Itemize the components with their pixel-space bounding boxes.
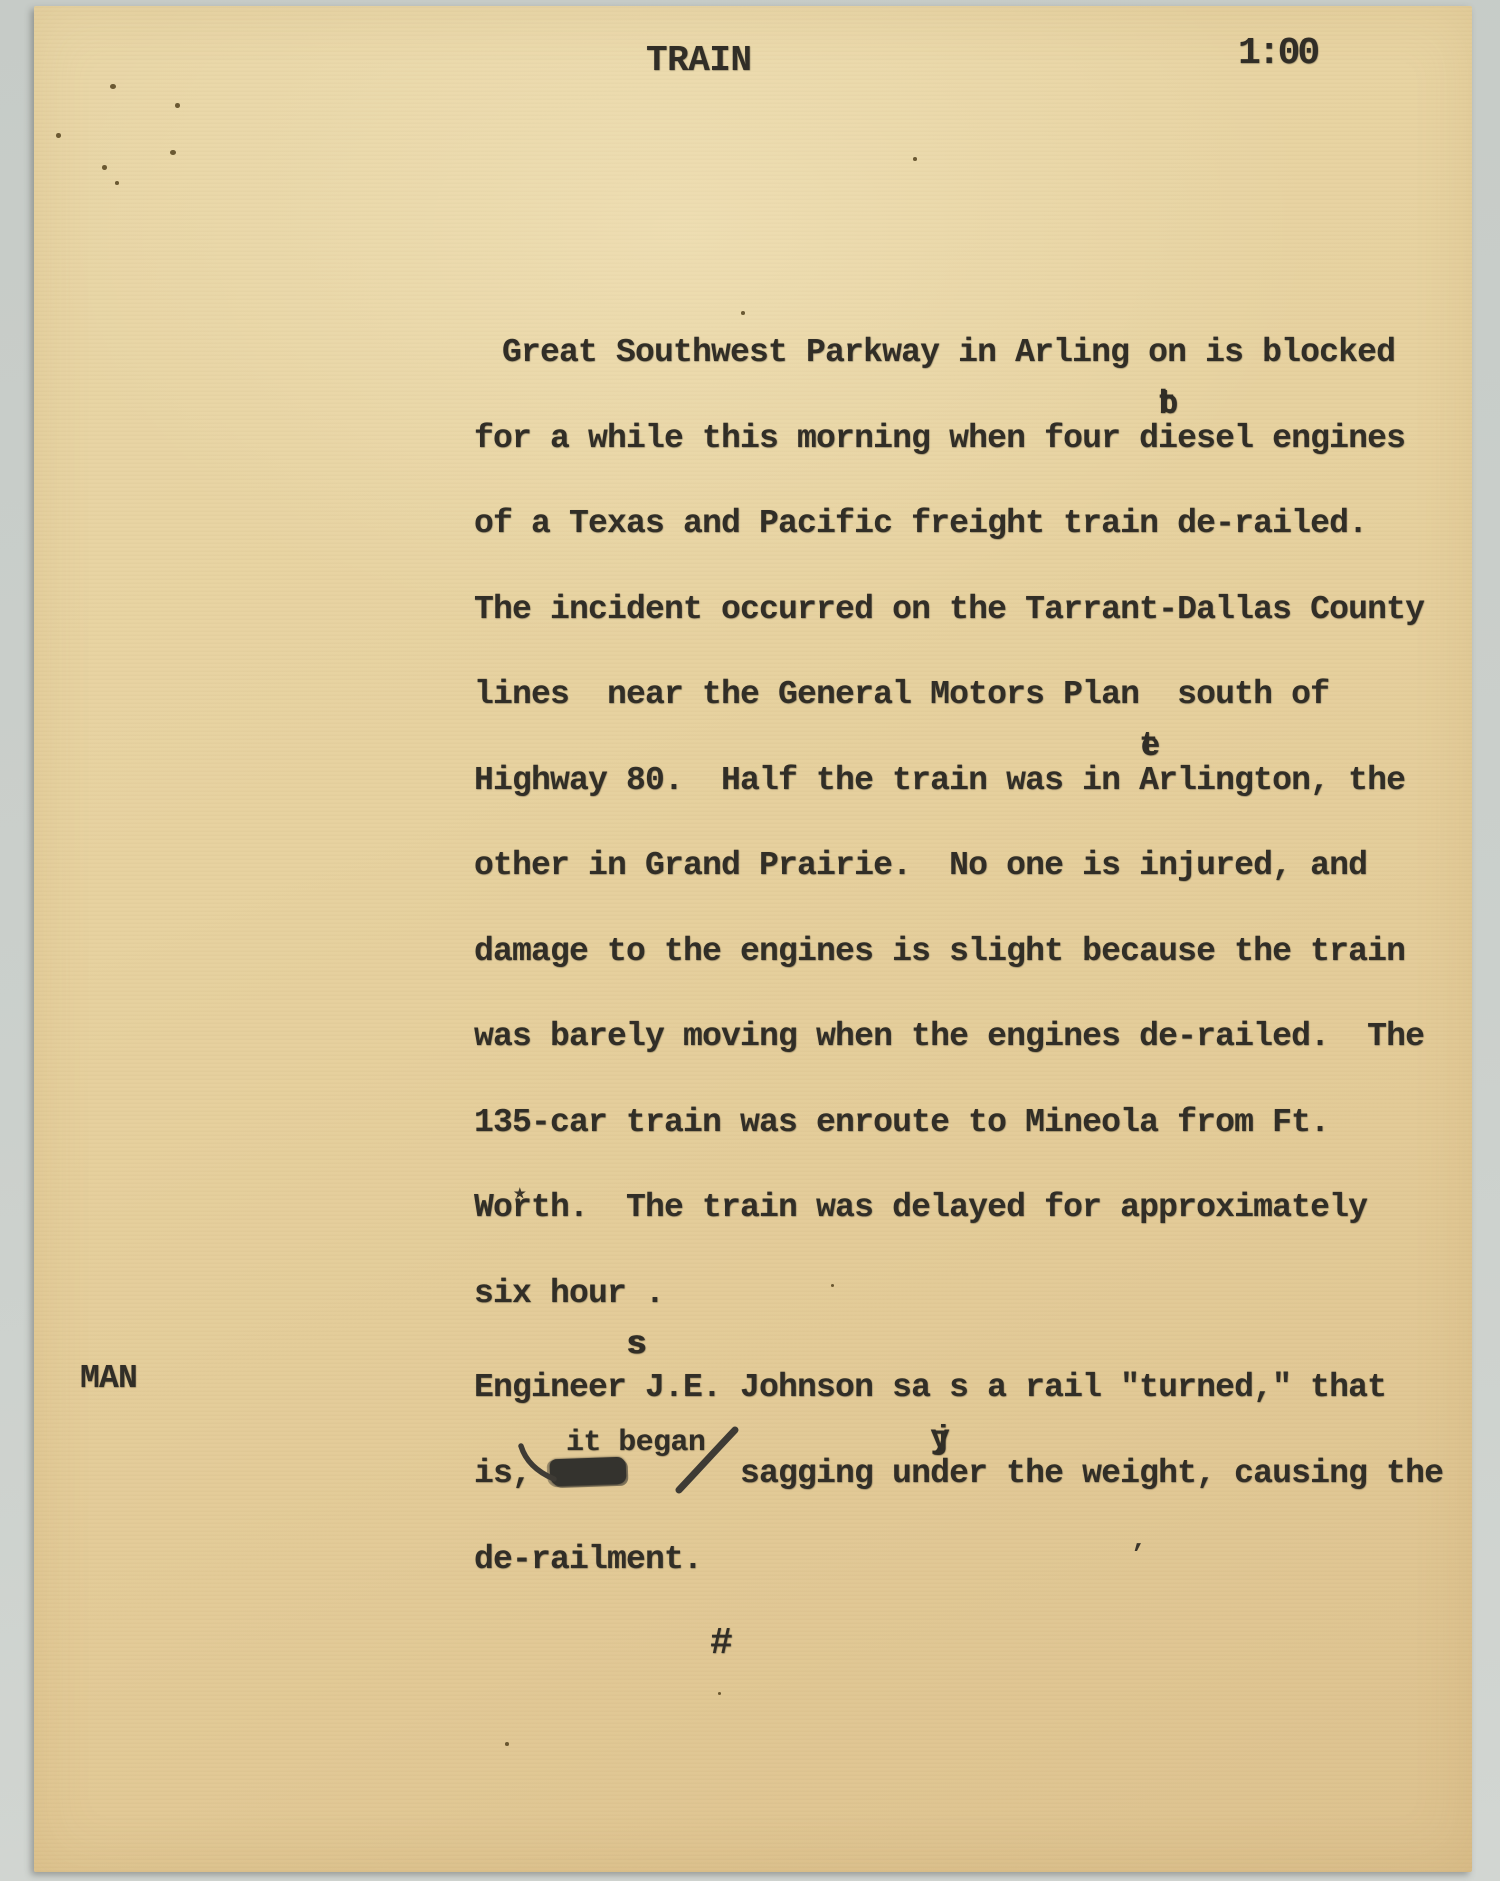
paper-speck bbox=[175, 103, 180, 108]
typed-line: was barely moving when the engines de-ra… bbox=[474, 994, 1484, 1080]
speaker-label: MAN bbox=[80, 1360, 137, 1397]
typed-line: of a Texas and Pacific freight train de-… bbox=[474, 481, 1484, 567]
end-mark: # bbox=[710, 1622, 733, 1665]
typed-line: 135-car train was enroute to Mineola fro… bbox=[474, 1080, 1484, 1166]
paper-speck bbox=[741, 311, 745, 315]
typed-insertion: it began bbox=[566, 1426, 705, 1460]
scanned-script-page: { "colors": { "background_gray": "#cbd0c… bbox=[0, 0, 1500, 1881]
typed-line: lines near the General Motors Plante sou… bbox=[474, 652, 1484, 738]
paper-speck bbox=[831, 1284, 834, 1287]
paper-speck bbox=[718, 1692, 721, 1695]
redaction-blob bbox=[550, 1457, 627, 1487]
typed-line: for a while this morning when four diese… bbox=[474, 396, 1484, 482]
timing-label: 1:00 bbox=[1238, 32, 1317, 75]
typed-line: Great Southwest Parkway in Arlingtbon is… bbox=[474, 310, 1484, 396]
paper-speck bbox=[913, 157, 917, 161]
script-paragraph: Great Southwest Parkway in Arlingtbon is… bbox=[474, 310, 1484, 1336]
typed-line: Highway 80. Half the train was in Arling… bbox=[474, 738, 1484, 824]
typed-line: The incident occurred on the Tarrant-Dal… bbox=[474, 567, 1484, 653]
paper-speck bbox=[102, 165, 107, 170]
speaker-paragraph: Engineer J.E. Johnson sayjs a rail "turn… bbox=[474, 1345, 1484, 1603]
typed-line: six hourss. bbox=[474, 1251, 1484, 1337]
typed-line: Engineer J.E. Johnson sayjs a rail "turn… bbox=[474, 1345, 1484, 1431]
typed-line: other in Grand Prairie. No one is injure… bbox=[474, 823, 1484, 909]
document-title: TRAIN bbox=[646, 40, 752, 81]
paper-speck bbox=[505, 1742, 509, 1746]
stray-mark: ٭ bbox=[512, 1178, 528, 1209]
paper-speck bbox=[115, 181, 119, 185]
stray-mark: ’ bbox=[1130, 1540, 1146, 1570]
paper-speck bbox=[56, 133, 61, 138]
typed-line: Worth. The train was delayed for approxi… bbox=[474, 1165, 1484, 1251]
typed-line: de-railment. bbox=[474, 1517, 1484, 1603]
typed-line: damage to the engines is slight because … bbox=[474, 909, 1484, 995]
